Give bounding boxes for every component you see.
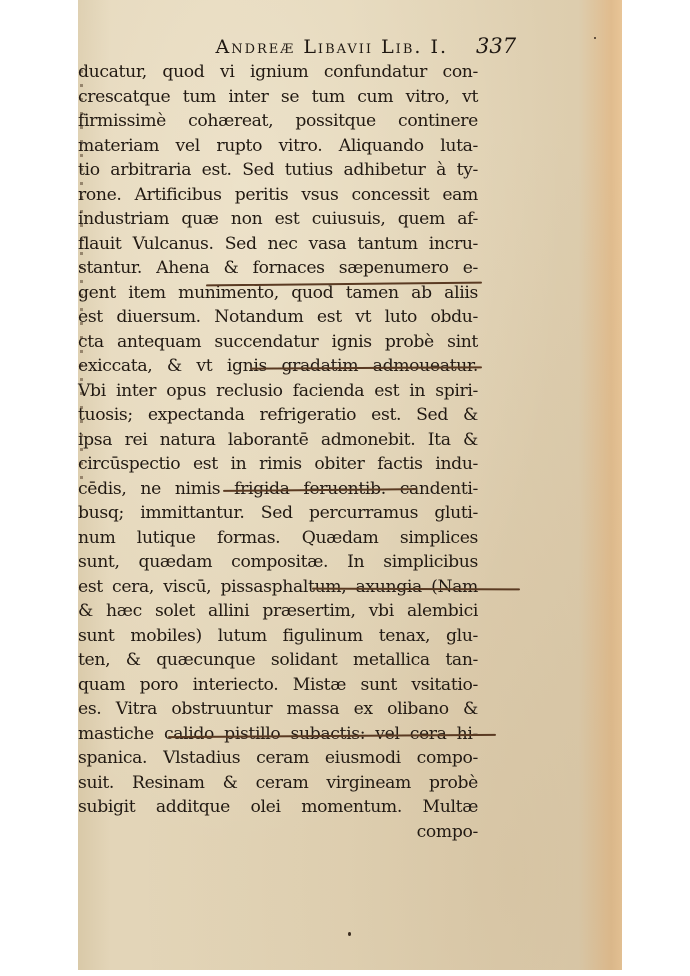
text-line: tuosis; expectanda refrigeratio est. Sed… xyxy=(78,403,478,428)
text-line: rone. Artificibus peritis vsus concessit… xyxy=(78,183,478,208)
text-line: sunt mobiles) lutum figulinum tenax, glu… xyxy=(78,624,478,649)
text-line: quam poro interiecto. Mistæ sunt vsitati… xyxy=(78,673,478,698)
page-number: 337 xyxy=(476,34,516,58)
text-line: Vbi inter opus reclusio facienda est in … xyxy=(78,379,478,404)
paper-speck xyxy=(594,37,596,39)
text-line: industriam quæ non est cuiusuis, quem af… xyxy=(78,207,478,232)
text-line: es. Vitra obstruuntur massa ex olibano & xyxy=(78,697,478,722)
text-line: est diuersum. Notandum est vt luto obdu- xyxy=(78,305,478,330)
text-line: ipsa rei natura laborantē admonebit. Ita… xyxy=(78,428,478,453)
text-line: sunt, quædam compositæ. In simplicibus xyxy=(78,550,478,575)
text-line: est cera, viscū, pissasphaltum, axungia … xyxy=(78,575,478,600)
text-line: busq; immittantur. Sed percurramus gluti… xyxy=(78,501,478,526)
text-line: cta antequam succendatur ignis probè sin… xyxy=(78,330,478,355)
catchword: compo- xyxy=(78,820,478,845)
text-line: materiam vel rupto vitro. Aliquando luta… xyxy=(78,134,478,159)
text-line: circūspectio est in rimis obiter factis … xyxy=(78,452,478,477)
text-line: firmissimè cohæreat, possitque continere xyxy=(78,109,478,134)
text-line: subigit additque olei momentum. Multæ xyxy=(78,795,478,820)
text-line: & hæc solet allini præsertim, vbi alembi… xyxy=(78,599,478,624)
paper-speck xyxy=(348,932,351,936)
page-content: Andreæ Libavii Lib. I. 337 ducatur, quod… xyxy=(78,0,622,970)
text-line: ducatur, quod vi ignium confundatur con- xyxy=(78,60,478,85)
text-line: ten, & quæcunque solidant metallica tan- xyxy=(78,648,478,673)
body-text: ducatur, quod vi ignium confundatur con-… xyxy=(78,60,478,844)
text-line: tio arbitraria est. Sed tutius adhibetur… xyxy=(78,158,478,183)
running-title: Andreæ Libavii Lib. I. xyxy=(118,36,448,58)
text-line: flauit Vulcanus. Sed nec vasa tantum inc… xyxy=(78,232,478,257)
text-line: spanica. Vlstadius ceram eiusmodi compo- xyxy=(78,746,478,771)
book-page: Andreæ Libavii Lib. I. 337 ducatur, quod… xyxy=(78,0,622,970)
text-line: suit. Resinam & ceram virgineam probè xyxy=(78,771,478,796)
text-line: stantur. Ahena & fornaces sæpenumero e- xyxy=(78,256,478,281)
text-line: num lutique formas. Quædam simplices xyxy=(78,526,478,551)
text-line: crescatque tum inter se tum cum vitro, v… xyxy=(78,85,478,110)
running-head: Andreæ Libavii Lib. I. 337 xyxy=(118,34,538,62)
